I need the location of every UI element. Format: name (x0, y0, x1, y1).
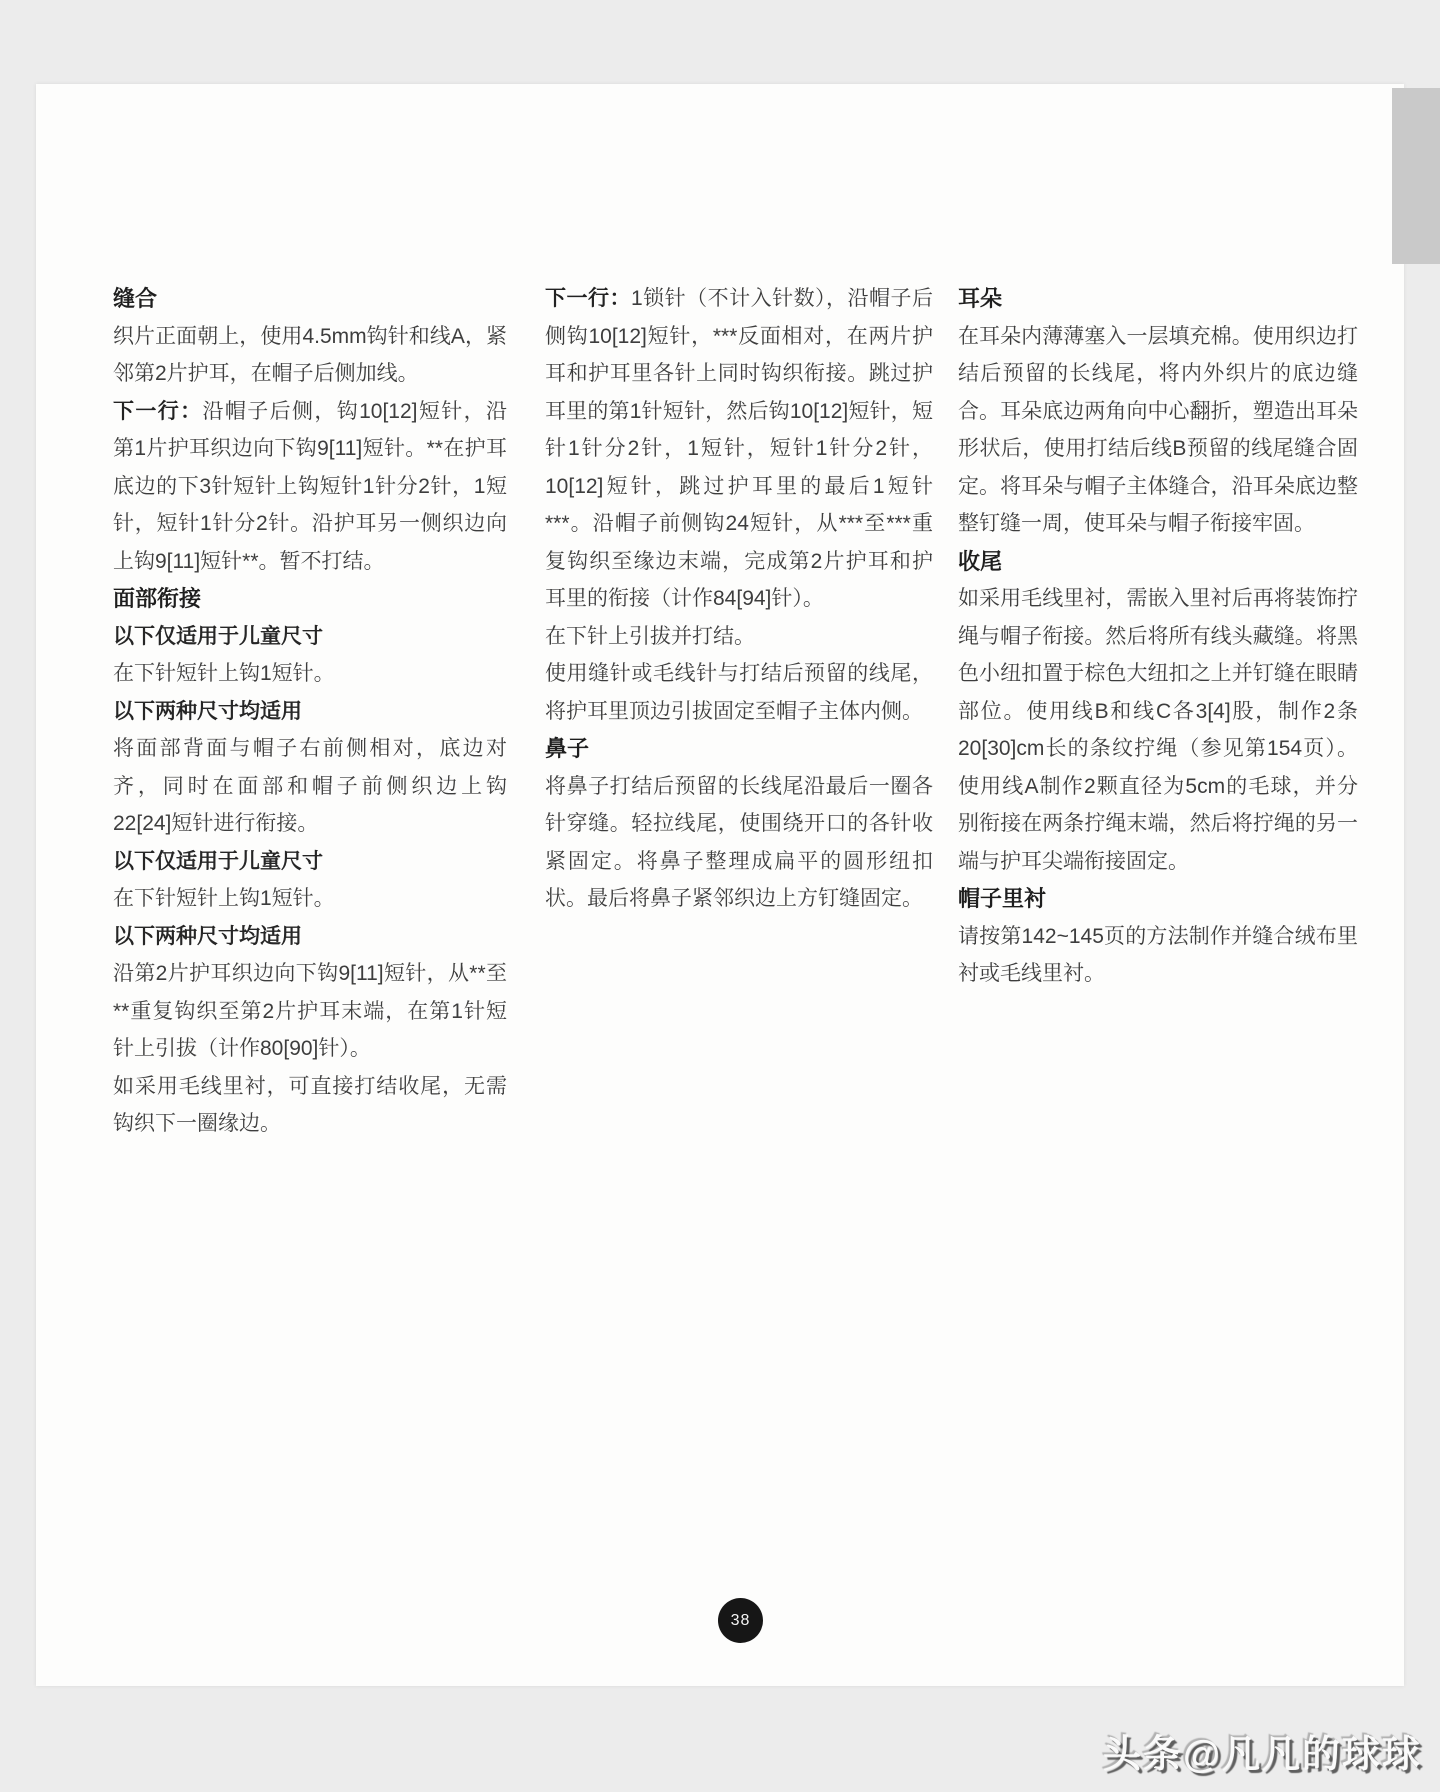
subheading: 以下两种尺寸均适用 (113, 693, 507, 731)
run-in-label: 下一行： (545, 287, 631, 310)
paragraph: 在下针短针上钩1短针。 (113, 880, 507, 918)
paragraph-text: 沿帽子后侧，钩10[12]短针，沿第1片护耳织边向下钩9[11]短针。**在护耳… (113, 400, 507, 573)
paragraph: 请按第142~145页的方法制作并缝合绒布里衬或毛线里衬。 (958, 918, 1358, 993)
paragraph: 在下针上引拔并打结。 (545, 618, 933, 656)
text-column-3: 耳朵在耳朵内薄薄塞入一层填充棉。使用织边打结后预留的长线尾，将内外织片的底边缝合… (958, 280, 1358, 993)
text-column-2: 下一行：1锁针（不计入针数），沿帽子后侧钩10[12]短针，***反面相对，在两… (545, 280, 933, 918)
section-heading: 缝合 (113, 280, 507, 318)
paragraph: 沿第2片护耳织边向下钩9[11]短针，从**至**重复钩织至第2片护耳末端，在第… (113, 955, 507, 1068)
page-number-badge: 38 (718, 1598, 763, 1643)
paragraph: 在耳朵内薄薄塞入一层填充棉。使用织边打结后预留的长线尾，将内外织片的底边缝合。耳… (958, 318, 1358, 543)
section-heading: 鼻子 (545, 730, 933, 768)
section-heading: 收尾 (958, 543, 1358, 581)
paragraph-text: 1锁针（不计入针数），沿帽子后侧钩10[12]短针，***反面相对，在两片护耳和… (545, 287, 933, 610)
paragraph: 下一行：1锁针（不计入针数），沿帽子后侧钩10[12]短针，***反面相对，在两… (545, 280, 933, 618)
paragraph: 织片正面朝上，使用4.5mm钩针和线A，紧邻第2片护耳，在帽子后侧加线。 (113, 318, 507, 393)
text-column-1: 缝合织片正面朝上，使用4.5mm钩针和线A，紧邻第2片护耳，在帽子后侧加线。下一… (113, 280, 507, 1143)
paragraph: 下一行：沿帽子后侧，钩10[12]短针，沿第1片护耳织边向下钩9[11]短针。*… (113, 393, 507, 581)
section-heading: 耳朵 (958, 280, 1358, 318)
paragraph: 将鼻子打结后预留的长线尾沿最后一圈各针穿缝。轻拉线尾，使围绕开口的各针收紧固定。… (545, 768, 933, 918)
run-in-label: 下一行： (113, 400, 203, 423)
subheading: 以下仅适用于儿童尺寸 (113, 618, 507, 656)
section-heading: 帽子里衬 (958, 880, 1358, 918)
scan-edge-artifact (1392, 88, 1440, 264)
section-heading: 面部衔接 (113, 580, 507, 618)
paragraph: 在下针短针上钩1短针。 (113, 655, 507, 693)
watermark-text: 头条@凡凡的球球 (1103, 1723, 1422, 1778)
paragraph: 如采用毛线里衬，需嵌入里衬后再将装饰拧绳与帽子衔接。然后将所有线头藏缝。将黑色小… (958, 580, 1358, 880)
paragraph: 将面部背面与帽子右前侧相对，底边对齐，同时在面部和帽子前侧织边上钩22[24]短… (113, 730, 507, 843)
paragraph: 如采用毛线里衬，可直接打结收尾，无需钩织下一圈缘边。 (113, 1068, 507, 1143)
scanned-book-page-background: { "page": { "number": "38", "watermark":… (0, 0, 1440, 1792)
subheading: 以下仅适用于儿童尺寸 (113, 843, 507, 881)
paragraph: 使用缝针或毛线针与打结后预留的线尾，将护耳里顶边引拔固定至帽子主体内侧。 (545, 655, 933, 730)
page-number: 38 (731, 1612, 751, 1630)
subheading: 以下两种尺寸均适用 (113, 918, 507, 956)
book-page: 缝合织片正面朝上，使用4.5mm钩针和线A，紧邻第2片护耳，在帽子后侧加线。下一… (36, 84, 1404, 1686)
